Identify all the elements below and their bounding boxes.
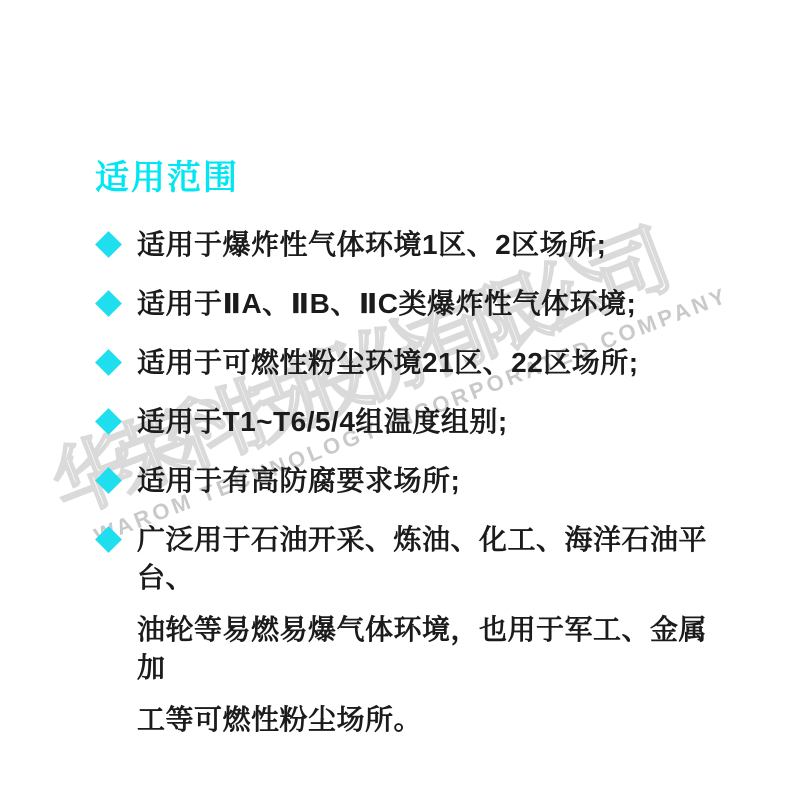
bullet-line: 适用于爆炸性气体环境1区、2区场所; bbox=[137, 226, 606, 264]
feature-list: 适用于爆炸性气体环境1区、2区场所; 适用于ⅡA、ⅡB、ⅡC类爆炸性气体环境; … bbox=[95, 226, 715, 739]
bullet-line: 适用于ⅡA、ⅡB、ⅡC类爆炸性气体环境; bbox=[137, 285, 636, 323]
list-item: 适用于ⅡA、ⅡB、ⅡC类爆炸性气体环境; bbox=[95, 285, 715, 323]
bullet-text: 适用于爆炸性气体环境1区、2区场所; bbox=[137, 226, 606, 264]
list-item: 广泛用于石油开采、炼油、化工、海洋石油平台、 油轮等易燃易爆气体环境，也用于军工… bbox=[95, 521, 715, 739]
bullet-line: 适用于T1~T6/5/4组温度组别; bbox=[137, 403, 508, 441]
bullet-text: 广泛用于石油开采、炼油、化工、海洋石油平台、 油轮等易燃易爆气体环境，也用于军工… bbox=[137, 521, 715, 739]
list-item: 适用于有高防腐要求场所; bbox=[95, 462, 715, 500]
bullet-line: 适用于有高防腐要求场所; bbox=[137, 462, 460, 500]
diamond-bullet-icon bbox=[95, 467, 122, 494]
bullet-text: 适用于ⅡA、ⅡB、ⅡC类爆炸性气体环境; bbox=[137, 285, 636, 323]
diamond-bullet-icon bbox=[95, 231, 122, 258]
bullet-text: 适用于可燃性粉尘环境21区、22区场所; bbox=[137, 344, 639, 382]
list-item: 适用于爆炸性气体环境1区、2区场所; bbox=[95, 226, 715, 264]
diamond-bullet-icon bbox=[95, 349, 122, 376]
bullet-line: 适用于可燃性粉尘环境21区、22区场所; bbox=[137, 344, 639, 382]
applicable-scope-section: 适用范围 适用于爆炸性气体环境1区、2区场所; 适用于ⅡA、ⅡB、ⅡC类爆炸性气… bbox=[95, 158, 715, 760]
bullet-line: 工等可燃性粉尘场所。 bbox=[137, 701, 715, 739]
bullet-line: 油轮等易燃易爆气体环境，也用于军工、金属加 bbox=[137, 611, 715, 687]
list-item: 适用于T1~T6/5/4组温度组别; bbox=[95, 403, 715, 441]
bullet-text: 适用于有高防腐要求场所; bbox=[137, 462, 460, 500]
diamond-bullet-icon bbox=[95, 290, 122, 317]
bullet-text: 适用于T1~T6/5/4组温度组别; bbox=[137, 403, 508, 441]
diamond-bullet-icon bbox=[95, 526, 122, 553]
section-title: 适用范围 bbox=[95, 158, 715, 198]
diamond-bullet-icon bbox=[95, 408, 122, 435]
list-item: 适用于可燃性粉尘环境21区、22区场所; bbox=[95, 344, 715, 382]
bullet-line: 广泛用于石油开采、炼油、化工、海洋石油平台、 bbox=[137, 521, 715, 597]
